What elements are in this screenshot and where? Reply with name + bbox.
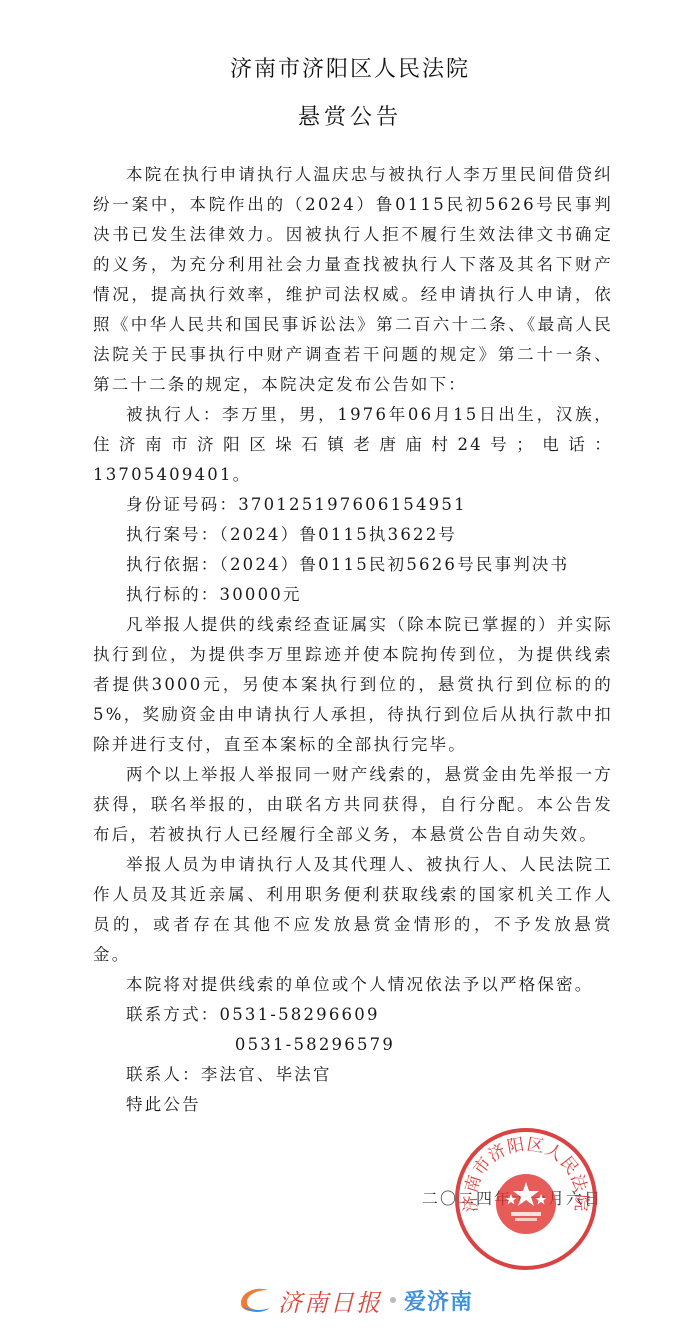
execution-basis-value: （2024）鲁0115民初5626号民事判决书 — [220, 555, 570, 574]
case-number-row: 执行案号：（2024）鲁0115执3622号 — [93, 520, 613, 550]
court-name-heading: 济南市济阳区人民法院 — [0, 52, 700, 83]
execution-amount-row: 执行标的：30000元 — [93, 580, 613, 610]
court-seal: 济南市济阳区人民法院 — [455, 1128, 597, 1270]
case-number-value: （2024）鲁0115执3622号 — [220, 525, 458, 544]
newspaper-name: 济南日报 — [278, 1283, 382, 1318]
notice-title: 悬赏公告 — [0, 100, 700, 131]
intro-paragraph: 本院在执行申请执行人温庆忠与被执行人李万里民间借贷纠纷一案中，本院作出的（202… — [93, 160, 613, 400]
footer-branding: 济南日报 爱济南 — [238, 1283, 473, 1317]
id-number-row: 身份证号码：370125197606154951 — [93, 490, 613, 520]
contact-phone-row-2: 0531-58296579 — [93, 1030, 613, 1060]
reward-paragraph: 凡举报人提供的线索经查证属实（除本院已掌握的）并实际执行到位，为提供李万里踪迹并… — [93, 610, 613, 760]
execution-amount-label: 执行标的： — [126, 585, 220, 604]
notice-body: 本院在执行申请执行人温庆忠与被执行人李万里民间借贷纠纷一案中，本院作出的（202… — [93, 160, 613, 1120]
app-name: 爱济南 — [404, 1285, 473, 1316]
newspaper-logo-icon — [238, 1286, 272, 1314]
id-number-label: 身份证号码： — [126, 495, 238, 514]
multiple-reporters-paragraph: 两个以上举报人举报同一财产线索的，悬赏金由先举报一方获得，联名举报的，由联名方共… — [93, 760, 613, 850]
contact-phone-2: 0531-58296579 — [235, 1035, 395, 1054]
contact-method-row: 联系方式：0531-58296609 — [93, 1000, 613, 1030]
execution-basis-label: 执行依据： — [126, 555, 220, 574]
contact-person-label: 联系人： — [126, 1065, 201, 1084]
exclusion-paragraph: 举报人员为申请执行人及其代理人、被执行人、人民法院工作人员及其近亲属、利用职务便… — [93, 850, 613, 970]
court-seal-emblem-icon: 济南市济阳区人民法院 — [459, 1132, 593, 1266]
case-number-label: 执行案号： — [126, 525, 220, 544]
logo-separator-dot — [390, 1297, 396, 1303]
contact-person-row: 联系人：李法官、毕法官 — [93, 1060, 613, 1090]
execution-basis-row: 执行依据：（2024）鲁0115民初5626号民事判决书 — [93, 550, 613, 580]
contact-person-value: 李法官、毕法官 — [201, 1065, 332, 1084]
contact-phone-1: 0531-58296609 — [220, 1005, 380, 1024]
id-number-value: 370125197606154951 — [238, 495, 467, 514]
confidentiality-paragraph: 本院将对提供线索的单位或个人情况依法予以严格保密。 — [93, 970, 613, 1000]
contact-method-label: 联系方式： — [126, 1005, 220, 1024]
respondent-info: 被执行人：李万里，男，1976年06月15日出生，汉族，住济南市济阳区垛石镇老唐… — [93, 400, 613, 490]
closing-line: 特此公告 — [93, 1090, 613, 1120]
execution-amount-value: 30000元 — [220, 585, 302, 604]
notice-page: 济南市济阳区人民法院 悬赏公告 本院在执行申请执行人温庆忠与被执行人李万里民间借… — [0, 0, 700, 1328]
